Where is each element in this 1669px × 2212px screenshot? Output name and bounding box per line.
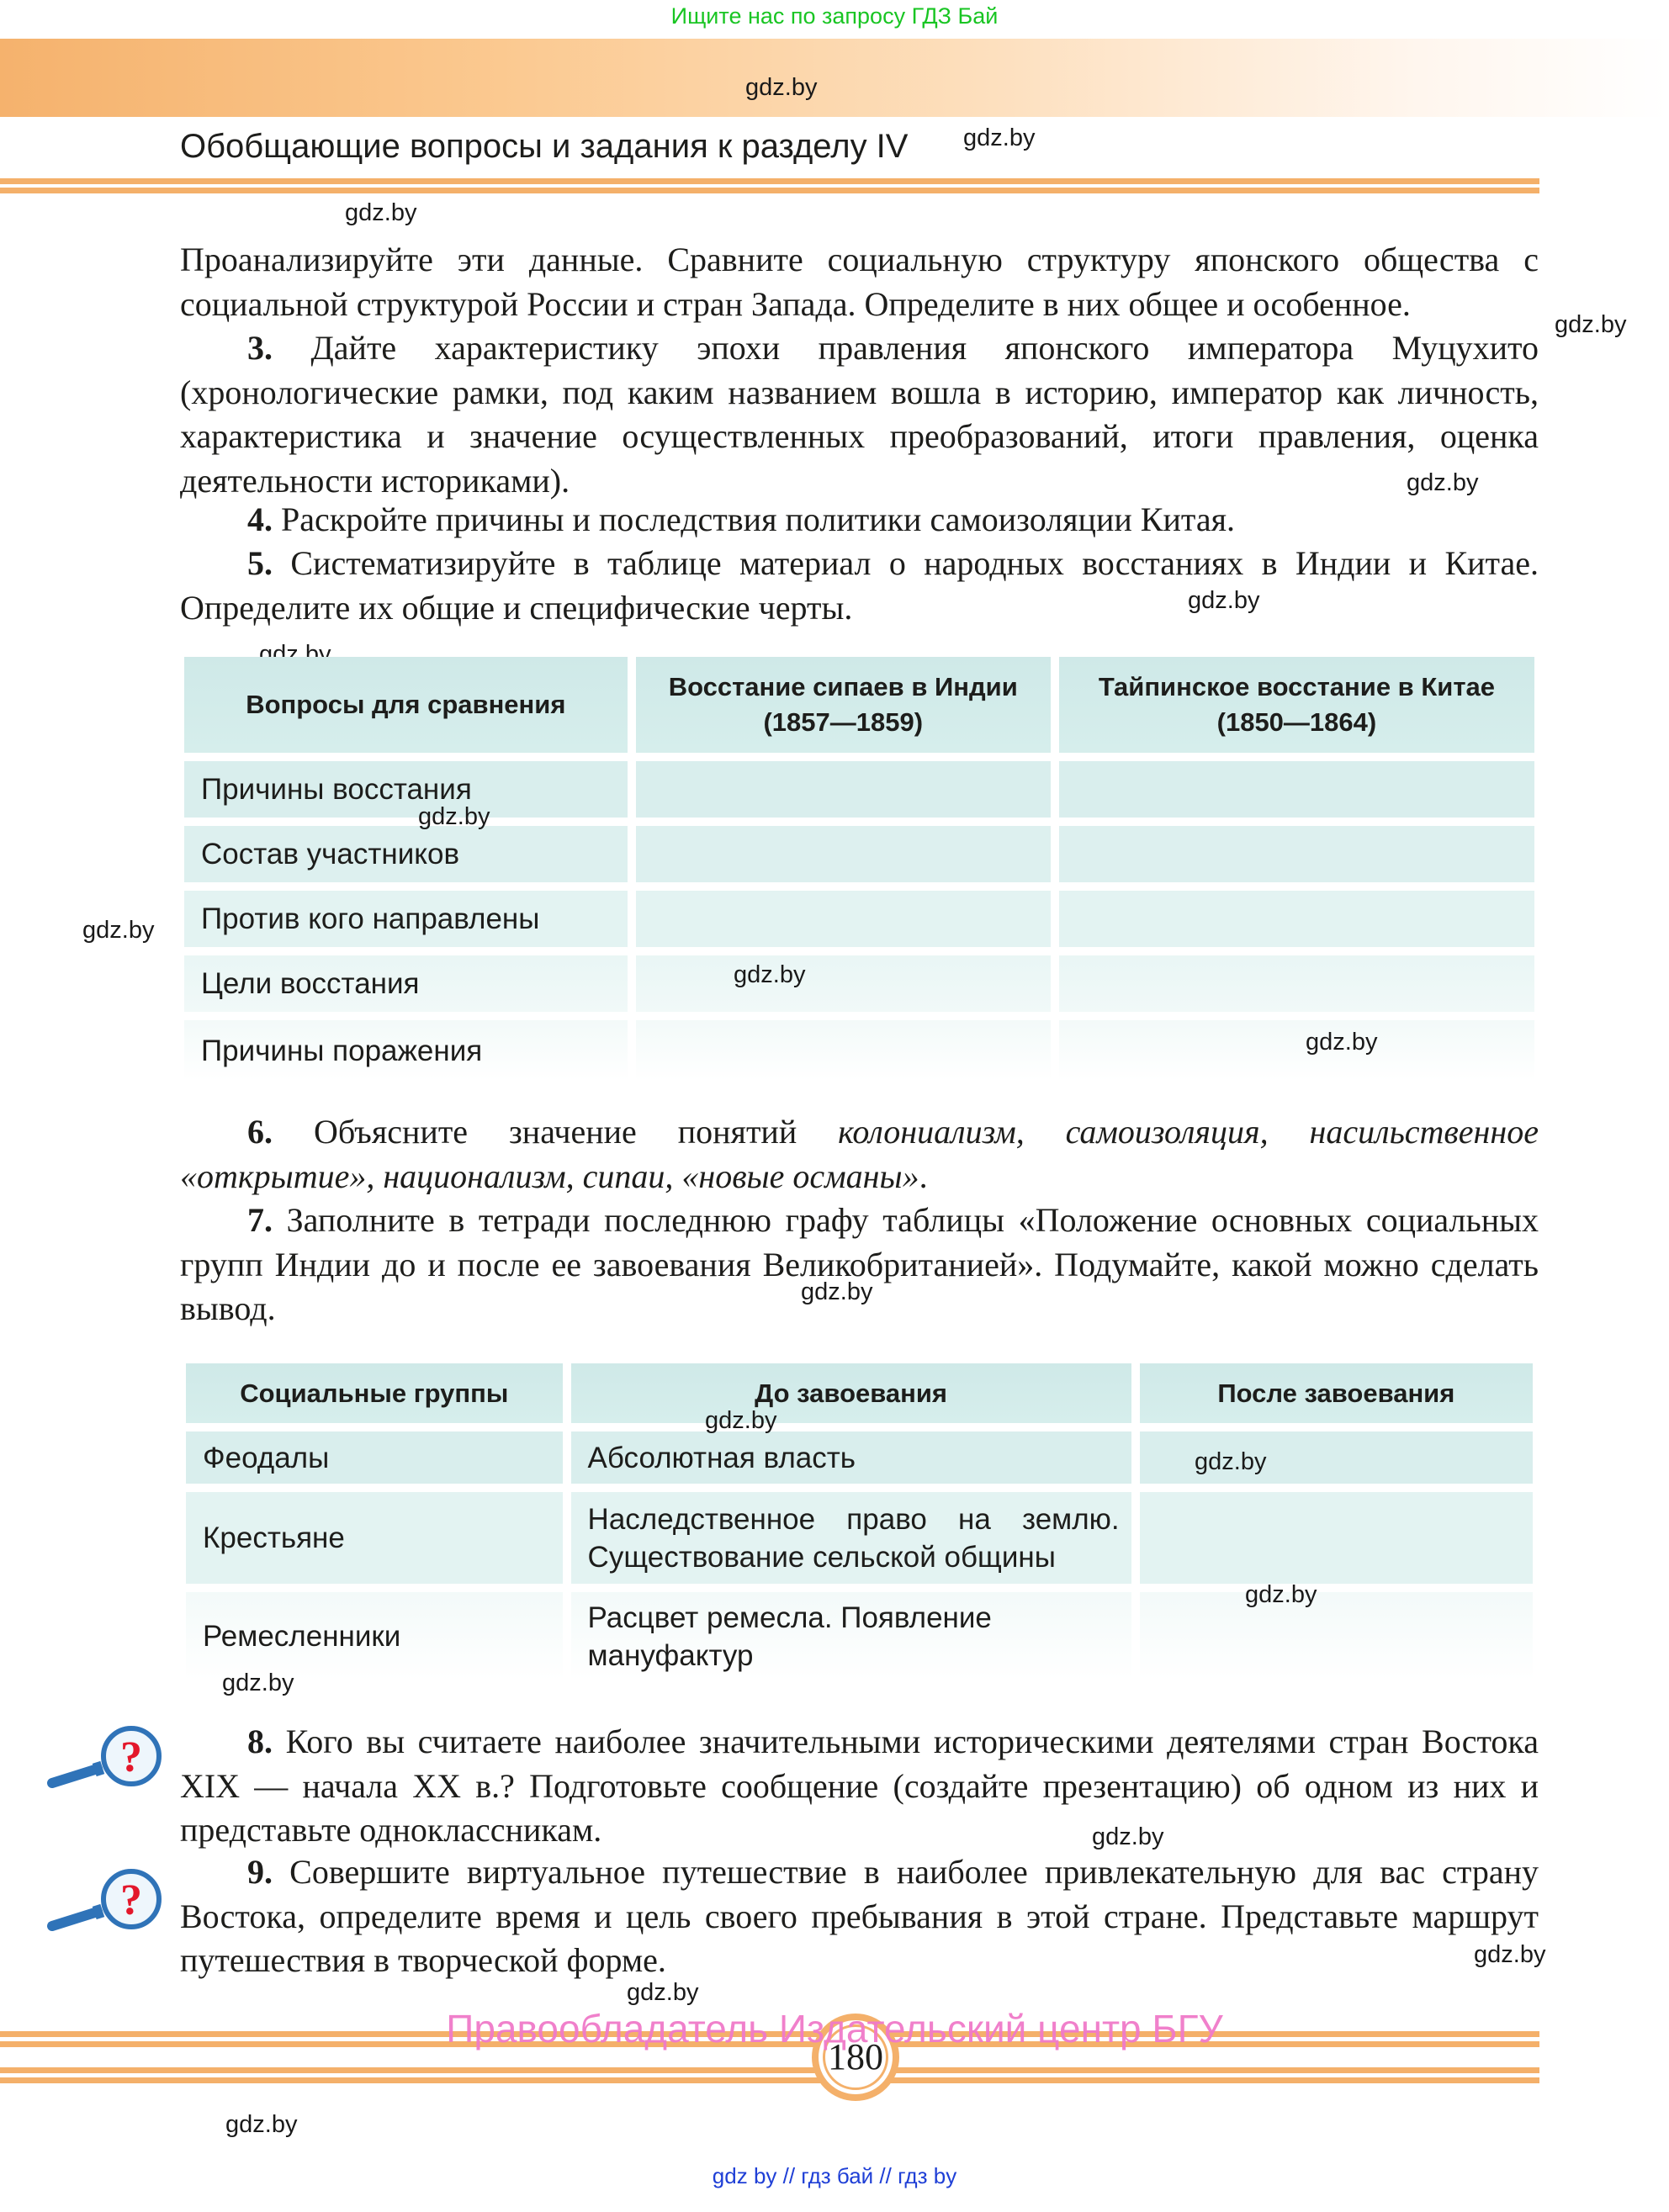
table-row: Ремесленники Расцвет ремесла. Появление …: [186, 1592, 1533, 1680]
question-3: 3. Дайте характеристику эпохи правления …: [180, 326, 1539, 503]
column-header: Вопросы для сравнения: [184, 657, 628, 753]
question-text: Кого вы считаете наиболее значительными …: [180, 1723, 1539, 1849]
bottom-links[interactable]: gdz by // гдз бай // гдз by: [0, 2163, 1669, 2189]
question-number: 7.: [247, 1201, 273, 1239]
magnifier-question-icon: ?: [40, 1865, 167, 1941]
question-text: Заполните в тетради последнюю графу табл…: [180, 1201, 1539, 1327]
footer-rule: [0, 2067, 1539, 2073]
watermark: gdz.by: [345, 199, 416, 227]
question-number: 9.: [247, 1853, 273, 1891]
watermark: gdz.by: [963, 124, 1035, 152]
table-cell: [636, 1020, 1051, 1081]
table-header-row: Вопросы для сравнения Восстание сипаев в…: [184, 657, 1534, 753]
column-header: Восстание сипаев в Индии (1857—1859): [636, 657, 1051, 753]
header-rule-top: [0, 178, 1539, 184]
footer-rule: [0, 2077, 1539, 2083]
watermark: gdz.by: [1306, 1029, 1377, 1056]
table-cell: Расцвет ремесла. Появление мануфактур: [571, 1592, 1131, 1680]
search-hint-banner: Ищите нас по запросу ГДЗ Бай: [0, 3, 1669, 29]
table-cell: [1140, 1592, 1533, 1680]
watermark: gdz.by: [1188, 587, 1259, 615]
question-text: Объясните значение понятий: [314, 1113, 838, 1151]
row-label: Крестьяне: [186, 1492, 563, 1584]
question-text: Раскройте причины и последствия политики…: [281, 500, 1235, 538]
table-cell: Абсолютная власть: [571, 1431, 1131, 1484]
paragraph-intro: Проанализируйте эти данные. Сравните соц…: [180, 238, 1539, 326]
table-row: Феодалы Абсолютная власть: [186, 1431, 1533, 1484]
section-title: Обобщающие вопросы и задания к разделу I…: [180, 128, 908, 166]
table-cell: [636, 955, 1051, 1012]
column-header: Тайпинское восстание в Китае (1850—1864): [1059, 657, 1534, 753]
header-band: [0, 39, 1669, 117]
watermark: gdz.by: [745, 74, 817, 102]
table-cell: [636, 761, 1051, 818]
question-number: 8.: [247, 1723, 273, 1760]
header-rule-bottom: [0, 188, 1539, 193]
question-number: 3.: [247, 329, 273, 367]
question-text: Дайте характеристику эпохи правления япо…: [180, 329, 1539, 500]
magnifier-question-icon: ?: [40, 1723, 167, 1798]
table-cell: Наследственное право на землю. Существов…: [571, 1492, 1131, 1584]
svg-text:?: ?: [120, 1876, 142, 1924]
table-cell: [1059, 826, 1534, 882]
watermark: gdz.by: [801, 1278, 872, 1306]
watermark: gdz.by: [1474, 1941, 1545, 1969]
column-header: До завоевания: [571, 1363, 1131, 1423]
question-text: Совершите виртуальное путешествие в наиб…: [180, 1853, 1539, 1979]
watermark: gdz.by: [82, 917, 154, 945]
table-cell: [636, 826, 1051, 882]
column-header: Социальные группы: [186, 1363, 563, 1423]
row-label: Причины восстания: [184, 761, 628, 818]
question-9: 9. Совершите виртуальное путешествие в н…: [180, 1850, 1539, 1983]
question-6: 6. Объясните значение понятий колониализ…: [180, 1110, 1539, 1199]
watermark: gdz.by: [1555, 311, 1626, 339]
table-row: Крестьяне Наследственное право на землю.…: [186, 1492, 1533, 1584]
table-header-row: Социальные группы До завоевания После за…: [186, 1363, 1533, 1423]
watermark: gdz.by: [1407, 469, 1478, 497]
question-4: 4. Раскройте причины и последствия полит…: [180, 498, 1539, 542]
question-number: 6.: [247, 1113, 273, 1151]
question-7: 7. Заполните в тетради последнюю графу т…: [180, 1199, 1539, 1331]
question-text-end: .: [919, 1157, 928, 1195]
watermark: gdz.by: [1092, 1823, 1163, 1851]
question-text: Систематизируйте в таблице материал о на…: [180, 544, 1539, 627]
table-row: Цели восстания: [184, 955, 1534, 1012]
watermark: gdz.by: [705, 1407, 776, 1435]
column-header: После завоевания: [1140, 1363, 1533, 1423]
watermark: gdz.by: [1195, 1448, 1266, 1476]
svg-text:?: ?: [120, 1733, 142, 1781]
table-row: Причины восстания: [184, 761, 1534, 818]
watermark: gdz.by: [627, 1979, 698, 2007]
question-number: 5.: [247, 544, 273, 582]
watermark: gdz.by: [734, 961, 805, 989]
row-label: Ремесленники: [186, 1592, 563, 1680]
table-row: Против кого направлены: [184, 891, 1534, 947]
row-label: Феодалы: [186, 1431, 563, 1484]
uprisings-comparison-table: Вопросы для сравнения Восстание сипаев в…: [176, 648, 1543, 1089]
question-5: 5. Систематизируйте в таблице материал о…: [180, 542, 1539, 630]
watermark: gdz.by: [225, 2111, 297, 2139]
row-label: Против кого направлены: [184, 891, 628, 947]
table-cell: [1059, 761, 1534, 818]
row-label: Состав участников: [184, 826, 628, 882]
table-cell: [1140, 1492, 1533, 1584]
watermark: gdz.by: [222, 1670, 294, 1697]
question-number: 4.: [247, 500, 273, 538]
row-label: Причины поражения: [184, 1020, 628, 1081]
social-groups-table: Социальные группы До завоевания После за…: [177, 1355, 1541, 1689]
table-cell: [1059, 891, 1534, 947]
table-cell: [1059, 955, 1534, 1012]
table-cell: [1059, 1020, 1534, 1081]
copyright-watermark: Правообладатель Издательский центр БГУ: [0, 2006, 1669, 2051]
table-cell: [636, 891, 1051, 947]
watermark: gdz.by: [418, 803, 490, 831]
row-label: Цели восстания: [184, 955, 628, 1012]
table-row: Состав участников: [184, 826, 1534, 882]
watermark: gdz.by: [1245, 1581, 1317, 1609]
question-8: 8. Кого вы считаете наиболее значительны…: [180, 1720, 1539, 1853]
